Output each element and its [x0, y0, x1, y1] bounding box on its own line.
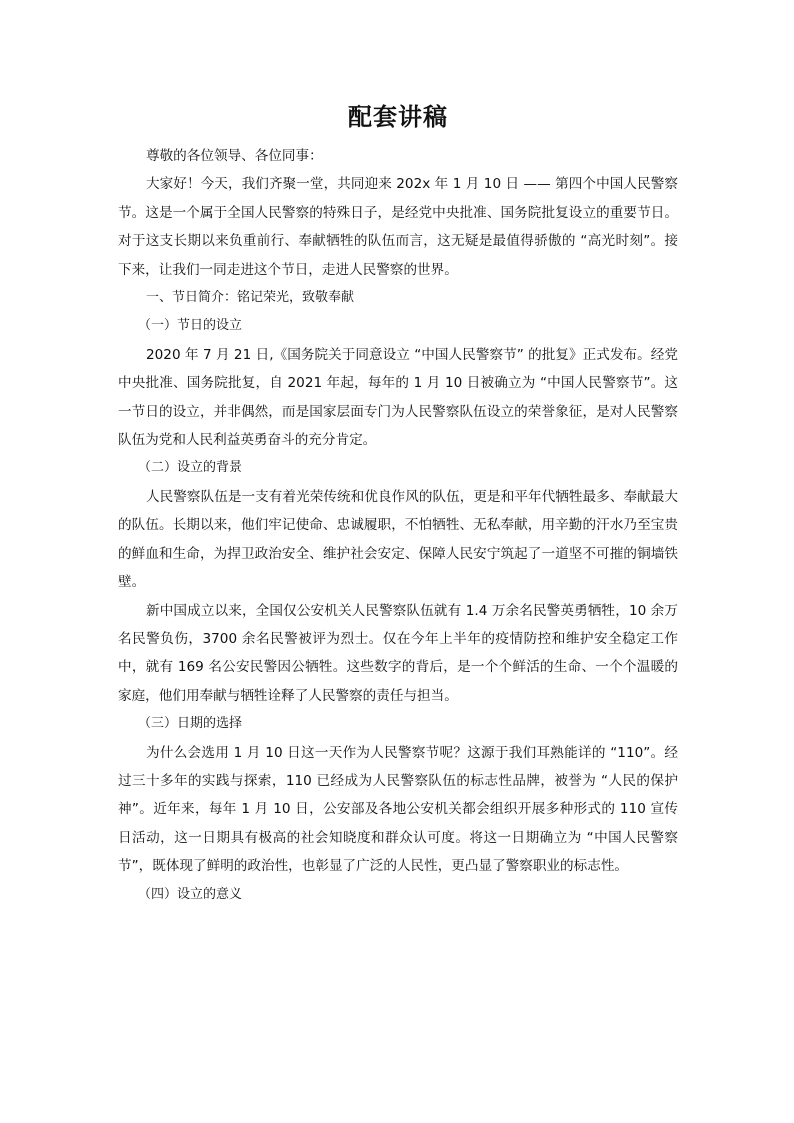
section-heading-1: 一、节日简介：铭记荣光，致敬奉献	[118, 284, 678, 312]
subsection-heading-significance: （四）设立的意义	[118, 881, 678, 909]
subsection-heading-establishment: （一）节日的设立	[118, 312, 678, 340]
salutation: 尊敬的各位领导、各位同事：	[118, 142, 678, 170]
subsection-heading-background: （二）设立的背景	[118, 454, 678, 482]
intro-paragraph: 大家好！今天，我们齐聚一堂，共同迎来 202x 年 1 月 10 日 —— 第四…	[118, 170, 678, 284]
document-page: 配套讲稿 尊敬的各位领导、各位同事： 大家好！今天，我们齐聚一堂，共同迎来 20…	[118, 100, 678, 909]
paragraph-background-1: 人民警察队伍是一支有着光荣传统和优良作风的队伍，更是和平年代牺牲最多、奉献最大的…	[118, 483, 678, 597]
paragraph-establishment: 2020 年 7 月 21 日,《国务院关于同意设立 “中国人民警察节” 的批复…	[118, 341, 678, 455]
paragraph-date-choice: 为什么会选用 1 月 10 日这一天作为人民警察节呢？这源于我们耳熟能详的 “1…	[118, 739, 678, 881]
paragraph-background-2: 新中国成立以来，全国仅公安机关人民警察队伍就有 1.4 万余名民警英勇牺牲，10…	[118, 597, 678, 711]
document-title: 配套讲稿	[118, 100, 678, 134]
subsection-heading-date-choice: （三）日期的选择	[118, 710, 678, 738]
